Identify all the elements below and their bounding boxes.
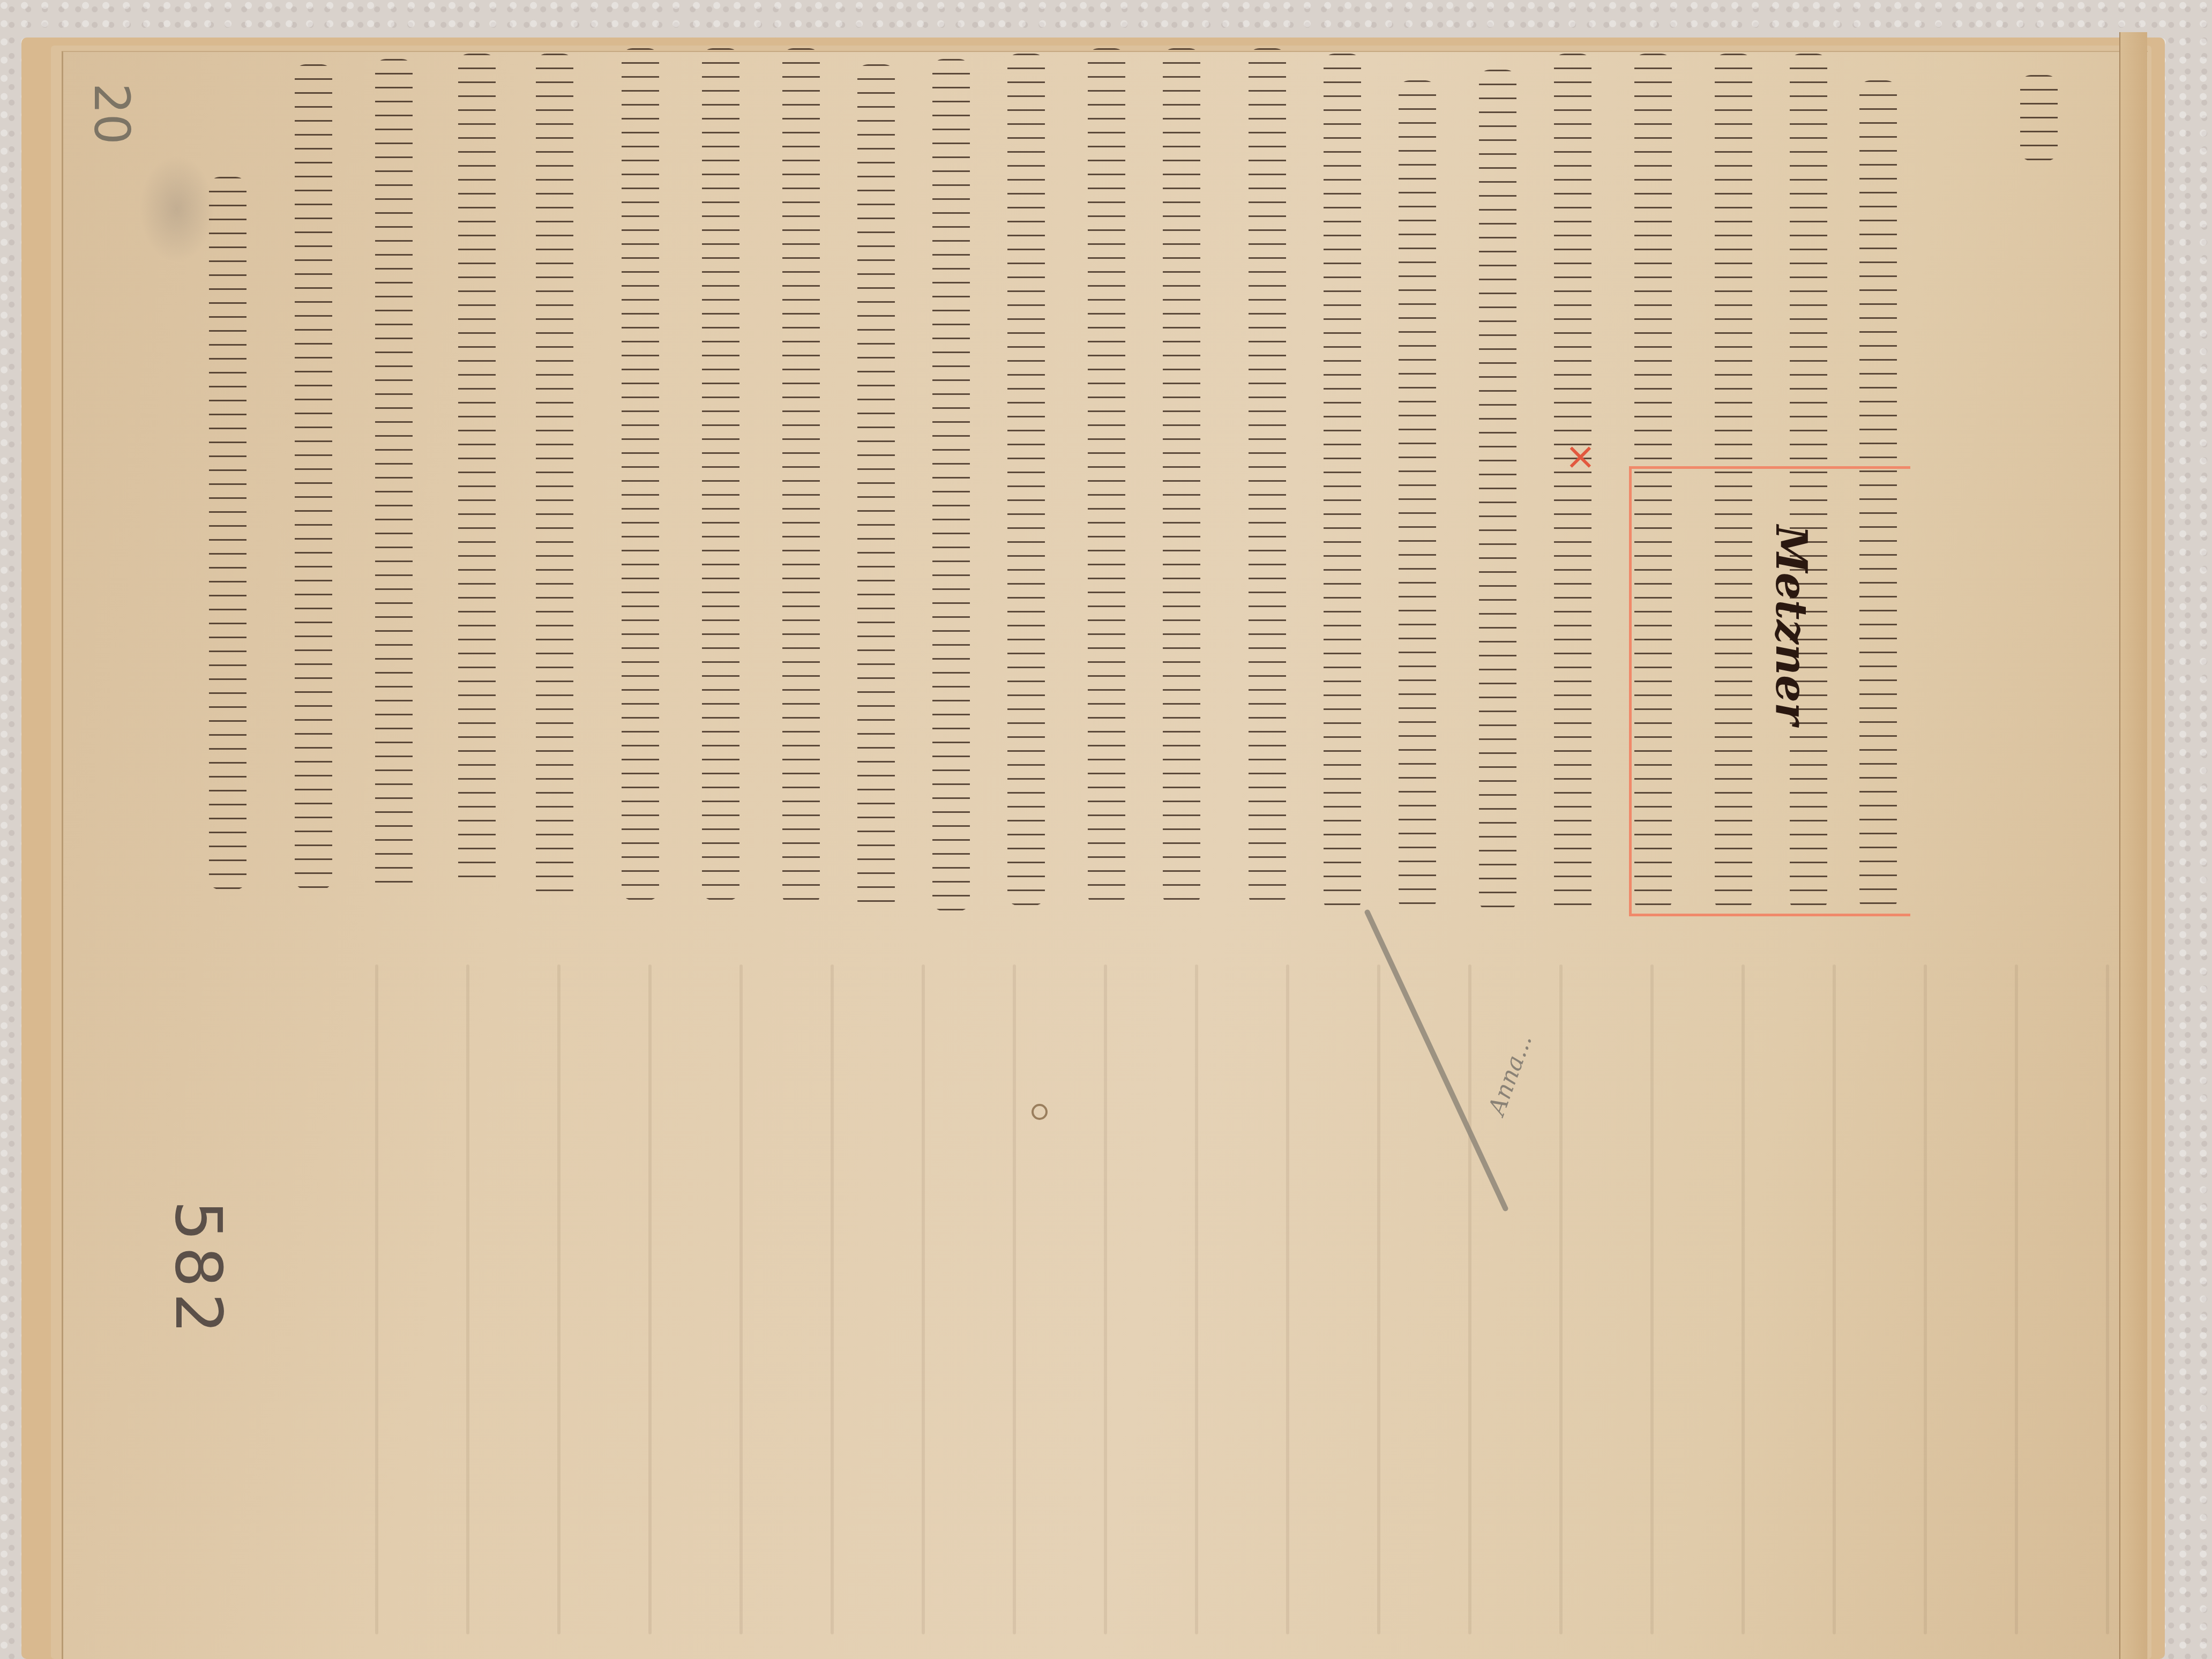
ink-stroke [2020, 75, 2058, 161]
bleed-through-line [1559, 965, 1563, 1634]
paper-spot [1032, 1104, 1048, 1120]
handwriting-line [209, 177, 246, 890]
ink-stroke [1163, 48, 1200, 906]
ink-stroke [1399, 80, 1436, 911]
bleed-through-line [2015, 965, 2018, 1634]
handwriting-line [295, 64, 332, 890]
page-number-side: 582 [161, 1200, 235, 1339]
red-pencil-box [1629, 466, 1910, 916]
ink-stroke [857, 64, 895, 911]
page-number-top: 20 [83, 83, 139, 145]
ink-stroke [1088, 48, 1125, 906]
bleed-through-line [739, 965, 743, 1634]
ink-stroke [1554, 54, 1591, 916]
ink-stroke [1007, 54, 1045, 906]
handwriting-line [1554, 54, 1591, 916]
ink-stroke [782, 48, 820, 906]
bleed-through-line [1742, 965, 1745, 1634]
ink-stroke [375, 59, 413, 895]
handwriting-line [782, 48, 820, 906]
handwriting-line [2020, 75, 2058, 161]
stain-mark [139, 155, 214, 263]
handwriting-line [536, 54, 573, 900]
bleed-through-line [831, 965, 834, 1634]
handwriting-line [702, 48, 739, 900]
handwriting-line [375, 59, 413, 895]
bleed-through-line [1833, 965, 1836, 1634]
handwriting-line [1163, 48, 1200, 906]
page-fold-edge [2119, 32, 2147, 1659]
bleed-through-line [1286, 965, 1289, 1634]
bleed-through-line [1924, 965, 1927, 1634]
bleed-through-line [1650, 965, 1654, 1634]
bleed-through-line [557, 965, 561, 1634]
ink-stroke [209, 177, 246, 890]
bleed-through-line [1104, 965, 1107, 1634]
handwriting-line [1479, 70, 1516, 911]
bleed-through-line [1468, 965, 1471, 1634]
bleed-through-line [2106, 965, 2109, 1634]
bleed-through-line [1377, 965, 1380, 1634]
ink-stroke [536, 54, 573, 900]
ink-stroke [702, 48, 739, 900]
bleed-through-line [648, 965, 652, 1634]
ink-stroke [1479, 70, 1516, 911]
handwriting-line [1324, 54, 1361, 911]
bleed-through-line [922, 965, 925, 1634]
handwriting-line [1007, 54, 1045, 906]
bleed-through-line [466, 965, 469, 1634]
ink-stroke [1324, 54, 1361, 911]
handwriting-line [1249, 48, 1286, 906]
red-cross-mark: × [1565, 434, 1596, 478]
ink-stroke [622, 48, 659, 900]
handwriting-line [622, 48, 659, 900]
ink-stroke [458, 54, 496, 890]
bleed-through-line [1013, 965, 1016, 1634]
bleed-through-line [1195, 965, 1198, 1634]
handwriting-line [857, 64, 895, 911]
ink-stroke [932, 59, 970, 911]
handwriting-line [1088, 48, 1125, 906]
handwriting-line [458, 54, 496, 890]
ink-stroke [295, 64, 332, 890]
handwriting-line [1399, 80, 1436, 911]
bleed-through-line [375, 965, 378, 1634]
handwriting-line [932, 59, 970, 911]
ink-stroke [1249, 48, 1286, 906]
